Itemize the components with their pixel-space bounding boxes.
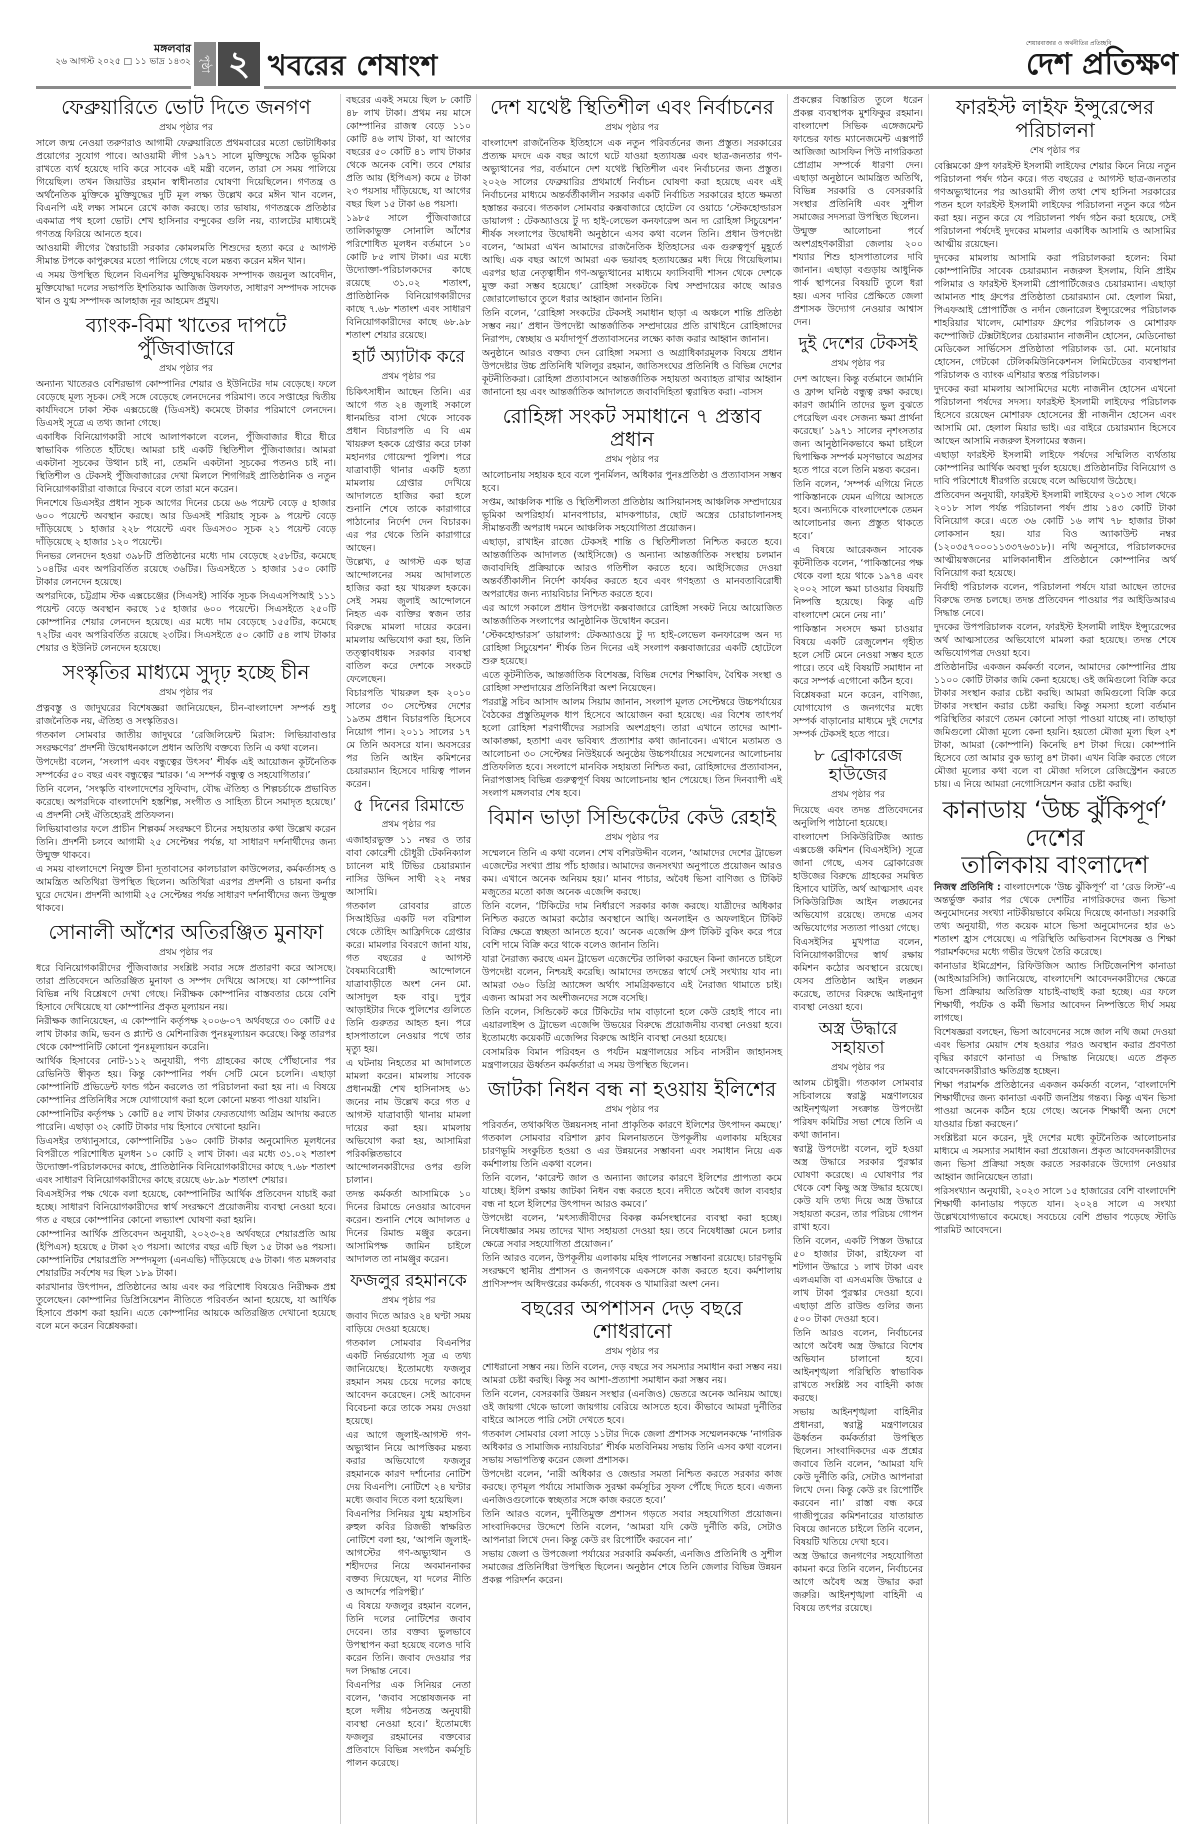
paragraph: উল্লেখ্য, ৫ আগস্ট এক ছাত্র আন্দোলনের সময… bbox=[346, 556, 471, 686]
story-body: আলোচনায় সহায়ক হবে বলে পুনর্মিলন, অধিকা… bbox=[482, 469, 782, 800]
paragraph: আর্থিক হিসাবের নোট-১১২ অনুযায়ী, পণ্য গ্… bbox=[36, 1055, 336, 1107]
story-body: ধরে বিনিয়োগকারীদের পুঁজিবাজার সংশ্লিষ্ট… bbox=[36, 962, 336, 1333]
story-ngo: বছরের অপশাসন দেড় বছরে শোধরানো প্রথম পৃষ… bbox=[482, 1297, 782, 1587]
headline: বছরের অপশাসন দেড় বছরে শোধরানো bbox=[482, 1297, 782, 1343]
paragraph: তিনি বলেন, ‘কারেন্ট জাল ও অন্যান্য জালের… bbox=[482, 1172, 782, 1211]
headline: সংস্কৃতির মাধ্যমে সুদৃঢ় হচ্ছে চীন bbox=[36, 661, 336, 684]
story-stable-election: দেশ যথেষ্ট স্থিতিশীল এবং নির্বাচনের প্রথ… bbox=[482, 96, 782, 399]
paragraph-text: বাংলাদেশকে ‘উচ্চ ঝুঁকিপূর্ণ’ বা ‘রেড লিস… bbox=[934, 882, 1176, 958]
story-bilateral: দুই দেশের টেকসই প্রথম পৃষ্ঠার পর দেশ আছে… bbox=[793, 335, 923, 741]
paragraph: এ সময় উপস্থিত ছিলেন বিএনপির মুক্তিযুদ্ধ… bbox=[36, 269, 336, 308]
paragraph: বিএসইসির মুখপাত্র বলেন, বিনিয়োগকারীদের … bbox=[793, 936, 923, 1014]
headline: হার্ট অ্যাটাক করে bbox=[346, 348, 471, 368]
paragraph: এর আগে জুলাই-আগস্ট গণ-অভ্যুত্থান নিয়ে আ… bbox=[346, 1429, 471, 1507]
day-label: মঙ্গলবার bbox=[36, 42, 191, 56]
paragraph: জবাব দিতে আরও ২৪ ঘণ্টা সময় বাড়িয়ে দেও… bbox=[346, 1310, 471, 1336]
headline: দুই দেশের টেকসই bbox=[793, 335, 923, 355]
headline: ফেব্রুয়ারিতে ভোট দিতে জনগণ bbox=[36, 96, 336, 119]
paragraph: সভায় জেলা ও উপজেলা পর্যায়ের সরকারি কর্… bbox=[482, 1548, 782, 1587]
paragraph: এ সময় বাংলাদেশে নিযুক্ত চীনা দূতাবাসের … bbox=[36, 863, 336, 915]
paragraph: লিভিয়াবাণ্ডার ফলে প্রাচীন শিল্পকর্ম সংর… bbox=[36, 823, 336, 862]
brand-name: দেশ প্রতিক্ষণ bbox=[1026, 49, 1178, 81]
paragraph: বেক্সিমকো গ্রুপ ফারইস্ট ইসলামী লাইফের শে… bbox=[934, 160, 1176, 251]
paragraph: বাংলাদেশ রাজনৈতিক ইতিহাসে এক নতুন পরিবর্… bbox=[482, 137, 782, 306]
kicker: প্রথম পৃষ্ঠার পর bbox=[36, 120, 336, 135]
page-number: ২ bbox=[218, 42, 260, 86]
paragraph: বাংলাদেশ সিকিউরিটিজ অ্যান্ড এক্সচেঞ্জ কম… bbox=[793, 831, 923, 935]
paragraph: পরিসংখ্যান অনুযায়ী, ২০২৩ সালে ১৫ হাজারে… bbox=[934, 1185, 1176, 1237]
kicker: প্রথম পৃষ্ঠার পর bbox=[793, 1060, 923, 1075]
paragraph: বিএনপির সিনিয়র যুগ্ম মহাসচিব রুহুল কবির… bbox=[346, 1508, 471, 1599]
story-body: বেক্সিমকো গ্রুপ ফারইস্ট ইসলামী লাইফের শে… bbox=[934, 160, 1176, 791]
paragraph: অন্যান্য খাতেরও বেশিরভাগ কোম্পানির শেয়া… bbox=[36, 378, 336, 430]
story-body: দেশ আছেন। কিন্তু বর্তমানে জার্মানি ও ফ্র… bbox=[793, 373, 923, 741]
kicker: প্রথম পৃষ্ঠার পর bbox=[793, 356, 923, 371]
paragraph: নিজস্ব প্রতিনিধি : বাংলাদেশকে ‘উচ্চ ঝুঁক… bbox=[934, 881, 1176, 959]
paragraph: সপ্তম, আঞ্চলিক শান্তি ও স্থিতিশীলতা প্রত… bbox=[482, 496, 782, 535]
kicker: প্রথম পৃষ্ঠার পর bbox=[482, 1102, 782, 1117]
paragraph: চিকিৎসাধীন আছেন তিনি। এর আগে গত ২৪ জুলাই… bbox=[346, 386, 471, 555]
column-divider bbox=[787, 94, 788, 1824]
paragraph: দিনভর লেনদেন হওয়া ৩৯৮টি প্রতিষ্ঠানের মধ… bbox=[36, 550, 336, 589]
paragraph: সংশ্লিষ্টরা মনে করেন, দুই দেশের মধ্যে কূ… bbox=[934, 1132, 1176, 1184]
paragraph: তিনি বলেন, ‘রোহিঙ্গা সংকটের টেকসই সমাধান… bbox=[482, 307, 782, 346]
story-share-continued: বছরের একই সময়ে ছিল ৮ কোটি ৪৮ লাখ টাকা। … bbox=[346, 94, 471, 342]
column-3: দেশ যথেষ্ট স্থিতিশীল এবং নির্বাচনের প্রথ… bbox=[482, 94, 782, 1593]
section-title: খবরের শেষাংশ bbox=[268, 44, 438, 91]
paragraph: শোধরানো সম্ভব নয়। তিনি বলেন, দেড় বছরে … bbox=[482, 1361, 782, 1387]
paragraph: বিশ্লেষকরা মনে করেন, বাণিজ্য, যোগাযোগ ও … bbox=[793, 689, 923, 741]
headline: ব্যাংক-বিমা খাতের দাপটে পুঁজিবাজারে bbox=[36, 314, 336, 360]
paragraph: উন্মুক্ত আলোচনা পর্বে অংশগ্রহণকারীরা জেল… bbox=[793, 225, 923, 329]
header-rule-left bbox=[36, 86, 191, 89]
story-farest-life: ফারইস্ট লাইফ ইন্সুরেন্সের পরিচালনা শেষ প… bbox=[934, 96, 1176, 791]
paragraph: এছাড়া ফারইস্ট ইসলামী লাইফে পর্ষদের সম্ম… bbox=[934, 449, 1176, 488]
kicker: প্রথম পৃষ্ঠার পর bbox=[346, 1293, 471, 1308]
story-two-countries-continued: প্রকল্পের বিস্তারিত তুলে ধরেন প্রকল্প ব্… bbox=[793, 94, 923, 329]
paragraph: বিএসইসির পক্ষ থেকে বলা হয়েছে, কোম্পানিট… bbox=[36, 1188, 336, 1227]
paragraph: গতকাল সোমবার বেলা সাড়ে ১১টার দিকে জেলা … bbox=[482, 1428, 782, 1467]
column-1: ফেব্রুয়ারিতে ভোট দিতে জনগণ প্রথম পৃষ্ঠা… bbox=[36, 94, 336, 1339]
paragraph: আলম চৌধুরী। গতকাল সোমবার সচিবালয়ে স্বরা… bbox=[793, 1077, 923, 1142]
story-body: প্রকল্পের বিস্তারিত তুলে ধরেন প্রকল্প ব্… bbox=[793, 94, 923, 329]
paragraph: গতকাল রোববার রাতে সিআইডির একটি দল বরিশাল… bbox=[346, 900, 471, 1056]
paragraph: স্বরাষ্ট্র উপদেষ্টা বলেন, লুট হওয়া অস্ত… bbox=[793, 1143, 923, 1234]
kicker: প্রথম পৃষ্ঠার পর bbox=[482, 452, 782, 467]
story-brokerage: ৮ ব্রোকারেজ হাউজের প্রথম পৃষ্ঠার পর দিয়… bbox=[793, 747, 923, 1014]
paragraph: বিএনপির এক সিনিয়র নেতা বলেন, ‘জবাব সন্ত… bbox=[346, 1679, 471, 1770]
paragraph: এছাড়া, রাখাইন রাজ্যে টেকসই শান্তি ও স্থ… bbox=[482, 536, 782, 601]
paragraph: দিনশেষে ডিএসইর প্রধান সূচক আগের দিনের চে… bbox=[36, 497, 336, 549]
story-body: প্রত্নবস্তু ও জাদুঘরের বিশেষজ্ঞরা জানিয়… bbox=[36, 702, 336, 915]
paragraph: একাধিক বিনিয়োগকারী সাথে আলাপকালে বলেন, … bbox=[36, 431, 336, 496]
headline: অস্ত্র উদ্ধারে সহায়তা bbox=[793, 1020, 923, 1059]
paragraph: কারখানার উৎপাদন, প্রতিষ্ঠানের আয় এবং কর… bbox=[36, 1281, 336, 1333]
story-golden-fiber: সোনালী আঁশের অতিরঞ্জিত মুনাফা প্রথম পৃষ্… bbox=[36, 921, 336, 1333]
kicker: প্রথম পৃষ্ঠার পর bbox=[346, 817, 471, 832]
story-heart-attack: হার্ট অ্যাটাক করে প্রথম পৃষ্ঠার পর চিকিৎ… bbox=[346, 348, 471, 791]
paragraph: দুদকের উপপরিচালক বলেন, ফারইস্ট ইসলামী লা… bbox=[934, 621, 1176, 660]
paragraph: ধরে বিনিয়োগকারীদের পুঁজিবাজার সংশ্লিষ্ট… bbox=[36, 962, 336, 1014]
paragraph: দুদকের মামলায় আসামি করা পরিচালকরা হলেন:… bbox=[934, 252, 1176, 382]
story-body: শোধরানো সম্ভব নয়। তিনি বলেন, দেড় বছরে … bbox=[482, 1361, 782, 1587]
paragraph: অস্ত্র উদ্ধারে জনগণের সহযোগিতা কামনা করে… bbox=[793, 1550, 923, 1615]
paragraph: শিক্ষা পরামর্শক প্রতিষ্ঠানের একজন কর্মকর… bbox=[934, 1079, 1176, 1131]
newspaper-logo: শেয়ারবাজার ও অর্থনীতির প্রতিচ্ছবি দেশ প… bbox=[1026, 38, 1178, 81]
kicker: প্রথম পৃষ্ঠার পর bbox=[36, 361, 336, 376]
paragraph: তিনি আরও বলেন, নির্বাচনের আগে অবৈধ অস্ত্… bbox=[793, 1327, 923, 1405]
paragraph: এ ঘটনায় নিহতের মা আদালতে মামলা করেন। মা… bbox=[346, 1057, 471, 1187]
paragraph: নির্বাহী পরিচালক বলেন, পরিচালনা পর্ষদে য… bbox=[934, 581, 1176, 620]
paragraph: বেসামরিক বিমান পরিবহন ও পর্যটন মন্ত্রণাল… bbox=[482, 1046, 782, 1072]
paragraph: তিনি বলেন, ‘টিকিটের দাম নির্ধারণে সরকার … bbox=[482, 900, 782, 952]
column-2: বছরের একই সময়ে ছিল ৮ কোটি ৪৮ লাখ টাকা। … bbox=[346, 94, 471, 1776]
story-body: আলম চৌধুরী। গতকাল সোমবার সচিবালয়ে স্বরা… bbox=[793, 1077, 923, 1615]
headline: ফজলুর রহমানকে bbox=[346, 1272, 471, 1292]
paragraph: তদন্ত কর্মকর্তা আসামিকে ১০ দিনের রিমান্ড… bbox=[346, 1188, 471, 1266]
paragraph: যারা নৈরাজ্য করছে এমন ট্রাভেল এজেন্টের ত… bbox=[482, 953, 782, 1005]
paragraph: দিয়েছে এবং তদন্ত প্রতিবেদনের অনুলিপি পা… bbox=[793, 804, 923, 830]
kicker: প্রথম পৃষ্ঠার পর bbox=[482, 1344, 782, 1359]
story-culture-china: সংস্কৃতির মাধ্যমে সুদৃঢ় হচ্ছে চীন প্রথম… bbox=[36, 661, 336, 915]
paragraph: কানাডার ইমিগ্রেশন, রিফিউজিস অ্যান্ড সিটি… bbox=[934, 960, 1176, 1025]
paragraph: ‘স্টেকহোল্ডারস’ ডায়ালগ: টেকঅ্যাওয়ে টু … bbox=[482, 629, 782, 668]
paragraph: তিনি বলেন, ‘সম্পর্ক এগিয়ে নিতে পাকিস্তা… bbox=[793, 478, 923, 543]
paragraph: তিনি বলেন, একটি পিস্তল উদ্ধারে ৫০ হাজার … bbox=[793, 1235, 923, 1326]
story-body: এজাহারভুক্ত ১১ নম্বর ও তার বাবা কোরেশী চ… bbox=[346, 834, 471, 1266]
paragraph: তিনি বলেন, ‘সংস্কৃতি বাংলাদেশের সুফিবাদ,… bbox=[36, 783, 336, 822]
story-body: পরিবর্তন, তথাকথিত উন্নয়নসহ নানা প্রাকৃত… bbox=[482, 1119, 782, 1291]
paragraph: উপদেষ্টা বলেন, ‘নারী অধিকার ও জেন্ডার সম… bbox=[482, 1468, 782, 1507]
page-content: ফেব্রুয়ারিতে ভোট দিতে জনগণ প্রথম পৃষ্ঠা… bbox=[36, 94, 1176, 1834]
column-divider bbox=[928, 94, 929, 1824]
paragraph: তিনি বলেন, সিন্ডিকেট করে টিকিটের দাম বাড… bbox=[482, 1006, 782, 1045]
paragraph: কোম্পানির আর্থিক প্রতিবেদন অনুযায়ী, ২০২… bbox=[36, 1228, 336, 1280]
headline-line-1: কানাডায় ‘উচ্চ ঝুঁকিপূর্ণ’ দেশের bbox=[943, 796, 1168, 852]
headline: রোহিঙ্গা সংকট সমাধানে ৭ প্রস্তাব প্রধান bbox=[482, 405, 782, 451]
story-body: নিজস্ব প্রতিনিধি : বাংলাদেশকে ‘উচ্চ ঝুঁক… bbox=[934, 881, 1176, 1237]
headline: সোনালী আঁশের অতিরঞ্জিত মুনাফা bbox=[36, 921, 336, 944]
paragraph: প্রতিবেদন অনুযায়ী, ফারইস্ট ইসলামী লাইফে… bbox=[934, 489, 1176, 580]
paragraph: পাকিস্তান সংসদে ক্ষমা চাওয়ার বিষয়ে একট… bbox=[793, 623, 923, 688]
header-rule-right bbox=[264, 86, 1176, 89]
paragraph: এ বিষয়ে ফজলুর রহমান বলেন, তিনি দলের নোট… bbox=[346, 1600, 471, 1678]
story-bank-insurance: ব্যাংক-বিমা খাতের দাপটে পুঁজিবাজারে প্রথ… bbox=[36, 314, 336, 655]
headline: দেশ যথেষ্ট স্থিতিশীল এবং নির্বাচনের bbox=[482, 96, 782, 119]
paragraph: সম্মেলনে তিনি এ কথা বলেন। শেখ বশিরউদ্দীন… bbox=[482, 847, 782, 899]
column-4: প্রকল্পের বিস্তারিত তুলে ধরেন প্রকল্প ব্… bbox=[793, 94, 923, 1621]
paragraph: কোম্পানিটির কর্তৃপক্ষ ১ কোটি ৪৫ লাখ টাকা… bbox=[36, 1108, 336, 1134]
paragraph: বছরের একই সময়ে ছিল ৮ কোটি ৪৮ লাখ টাকা। … bbox=[346, 94, 471, 211]
paragraph: দুদকের করা মামলায় আসামিদের মধ্যে নাজনীন… bbox=[934, 383, 1176, 448]
paragraph: অনুষ্ঠানে আরও বক্তব্য দেন রোহিঙ্গা সমস্য… bbox=[482, 347, 782, 399]
paragraph: তিনি বলেন, বেসরকারি উন্নয়ন সংস্থার (এনজ… bbox=[482, 1388, 782, 1427]
paragraph: গতকাল সোমবার বিএনপির একটি নির্ভরযোগ্য সূ… bbox=[346, 1337, 471, 1428]
kicker: প্রথম পৃষ্ঠার পর bbox=[36, 945, 336, 960]
headline: ফারইস্ট লাইফ ইন্সুরেন্সের পরিচালনা bbox=[934, 96, 1176, 142]
paragraph: এজাহারভুক্ত ১১ নম্বর ও তার বাবা কোরেশী চ… bbox=[346, 834, 471, 899]
column-divider bbox=[340, 94, 341, 1824]
paragraph: গতকাল সোমবার জাতীয় জাদুঘরে ‘রেজিলিয়েন্… bbox=[36, 729, 336, 755]
byline: নিজস্ব প্রতিনিধি : bbox=[934, 882, 1001, 893]
kicker: প্রথম পৃষ্ঠার পর bbox=[346, 369, 471, 384]
paragraph: এ বিষয়ে আরেকজন সাবেক কূটনীতিক বলেন, ‘পা… bbox=[793, 544, 923, 622]
paragraph: বিচারপতি খায়রুল হক ২০১০ সালের ৩০ সেপ্টে… bbox=[346, 687, 471, 791]
paragraph: সভায় আইনশৃঙ্খলা বাহিনীর প্রধানরা, স্বরা… bbox=[793, 1406, 923, 1549]
story-body: সম্মেলনে তিনি এ কথা বলেন। শেখ বশিরউদ্দীন… bbox=[482, 847, 782, 1072]
paragraph: সালে জন্ম নেওয়া তরুণরাও আগামী ফেব্রুয়া… bbox=[36, 137, 336, 241]
masthead: মঙ্গলবার ২৬ আগস্ট ২০২৫ □ ১১ ভাদ্র ১৪৩২ প… bbox=[0, 0, 1200, 90]
paragraph: নিরীক্ষক জানিয়েছেন, এ কোম্পানি কর্তৃপক্… bbox=[36, 1015, 336, 1054]
paragraph: প্রত্নবস্তু ও জাদুঘরের বিশেষজ্ঞরা জানিয়… bbox=[36, 702, 336, 728]
kicker: শেষ পৃষ্ঠার পর bbox=[934, 143, 1176, 158]
headline: কানাডায় ‘উচ্চ ঝুঁকিপূর্ণ’ দেশের তালিকায… bbox=[934, 797, 1176, 880]
story-body: দিয়েছে এবং তদন্ত প্রতিবেদনের অনুলিপি পা… bbox=[793, 804, 923, 1014]
paragraph: এর আগে সকালে প্রধান উপদেষ্টা কক্সবাজারে … bbox=[482, 602, 782, 628]
page-label: পৃষ্ঠা bbox=[194, 42, 216, 86]
paragraph: অপরদিকে, চট্টগ্রাম স্টক এক্সচেঞ্জের (সিএ… bbox=[36, 590, 336, 655]
story-rohingya-proposals: রোহিঙ্গা সংকট সমাধানে ৭ প্রস্তাব প্রধান … bbox=[482, 405, 782, 800]
headline: ৮ ব্রোকারেজ হাউজের bbox=[793, 747, 923, 786]
paragraph: প্রতিষ্ঠানটির একজন কর্মকর্তা বলেন, আমাদে… bbox=[934, 661, 1176, 791]
paragraph: ১৯৮৫ সালে পুঁজিবাজারে তালিকাভুক্ত সোনালি… bbox=[346, 212, 471, 342]
paragraph: উপদেষ্টা বলেন, ‘মৎস্যজীবীদের বিকল্প কর্ম… bbox=[482, 1212, 782, 1251]
story-canada-list: কানাডায় ‘উচ্চ ঝুঁকিপূর্ণ’ দেশের তালিকায… bbox=[934, 797, 1176, 1237]
paragraph: পরিবর্তন, তথাকথিত উন্নয়নসহ নানা প্রাকৃত… bbox=[482, 1119, 782, 1171]
paragraph: বিশেষজ্ঞরা বলছেন, ভিসা আবেদনের সঙ্গে জাল… bbox=[934, 1026, 1176, 1078]
paragraph: তিনি আরও বলেন, দুর্নীতিমুক্ত প্রশাসন গড়… bbox=[482, 1508, 782, 1547]
paragraph: আলোচনায় সহায়ক হবে বলে পুনর্মিলন, অধিকা… bbox=[482, 469, 782, 495]
date-block: মঙ্গলবার ২৬ আগস্ট ২০২৫ □ ১১ ভাদ্র ১৪৩২ bbox=[36, 42, 191, 68]
column-divider bbox=[476, 94, 477, 1824]
paragraph: উপদেষ্টা বলেন, ‘সংলাপ এবং বন্ধুত্বের উৎস… bbox=[36, 756, 336, 782]
paragraph: দেশ আছেন। কিন্তু বর্তমানে জার্মানি ও ফ্র… bbox=[793, 373, 923, 477]
story-body: বছরের একই সময়ে ছিল ৮ কোটি ৪৮ লাখ টাকা। … bbox=[346, 94, 471, 342]
paragraph: তিনি আরও বলেন, উপকূলীয় এলাকায় মহিষ পাল… bbox=[482, 1252, 782, 1291]
story-fazlur: ফজলুর রহমানকে প্রথম পৃষ্ঠার পর জবাব দিতে… bbox=[346, 1272, 471, 1770]
kicker: প্রথম পৃষ্ঠার পর bbox=[482, 830, 782, 845]
headline: জাটকা নিধন বন্ধ না হওয়ায় ইলিশের bbox=[482, 1078, 782, 1101]
paragraph: প্রকল্পের বিস্তারিত তুলে ধরেন প্রকল্প ব্… bbox=[793, 94, 923, 224]
paragraph: আওয়ামী লীগের স্বৈরাচারী সরকার কোমলমতি শ… bbox=[36, 242, 336, 268]
story-airfare-syndicate: বিমান ভাড়া সিন্ডিকেটের কেউ রেহাই প্রথম … bbox=[482, 806, 782, 1072]
story-february-vote: ফেব্রুয়ারিতে ভোট দিতে জনগণ প্রথম পৃষ্ঠা… bbox=[36, 96, 336, 308]
story-arms-recovery: অস্ত্র উদ্ধারে সহায়তা প্রথম পৃষ্ঠার পর … bbox=[793, 1020, 923, 1615]
story-body: বাংলাদেশ রাজনৈতিক ইতিহাসে এক নতুন পরিবর্… bbox=[482, 137, 782, 399]
kicker: প্রথম পৃষ্ঠার পর bbox=[36, 685, 336, 700]
headline: ৫ দিনের রিমান্ডে bbox=[346, 797, 471, 817]
story-body: সালে জন্ম নেওয়া তরুণরাও আগামী ফেব্রুয়া… bbox=[36, 137, 336, 308]
story-hilsa: জাটকা নিধন বন্ধ না হওয়ায় ইলিশের প্রথম … bbox=[482, 1078, 782, 1291]
paragraph: ডিএসইর তথ্যানুসারে, কোম্পানিটির ১৬০ কোটি… bbox=[36, 1135, 336, 1187]
paragraph: পররাষ্ট্র সচিব আসাদ আলম সিয়াম জানান, সং… bbox=[482, 696, 782, 800]
story-remand: ৫ দিনের রিমান্ডে প্রথম পৃষ্ঠার পর এজাহার… bbox=[346, 797, 471, 1267]
story-body: জবাব দিতে আরও ২৪ ঘণ্টা সময় বাড়িয়ে দেও… bbox=[346, 1310, 471, 1770]
story-body: চিকিৎসাধীন আছেন তিনি। এর আগে গত ২৪ জুলাই… bbox=[346, 386, 471, 791]
date-label: ২৬ আগস্ট ২০২৫ □ ১১ ভাদ্র ১৪৩২ bbox=[36, 56, 191, 68]
kicker: প্রথম পৃষ্ঠার পর bbox=[793, 787, 923, 802]
story-body: অন্যান্য খাতেরও বেশিরভাগ কোম্পানির শেয়া… bbox=[36, 378, 336, 655]
column-5: ফারইস্ট লাইফ ইন্সুরেন্সের পরিচালনা শেষ প… bbox=[934, 94, 1176, 1243]
headline-line-2: তালিকায় বাংলাদেশ bbox=[961, 851, 1148, 879]
headline: বিমান ভাড়া সিন্ডিকেটের কেউ রেহাই bbox=[482, 806, 782, 829]
kicker: প্রথম পৃষ্ঠার পর bbox=[482, 120, 782, 135]
paragraph: এতে কূটনীতিক, আন্তর্জাতিক বিশেষজ্ঞ, বিভি… bbox=[482, 669, 782, 695]
